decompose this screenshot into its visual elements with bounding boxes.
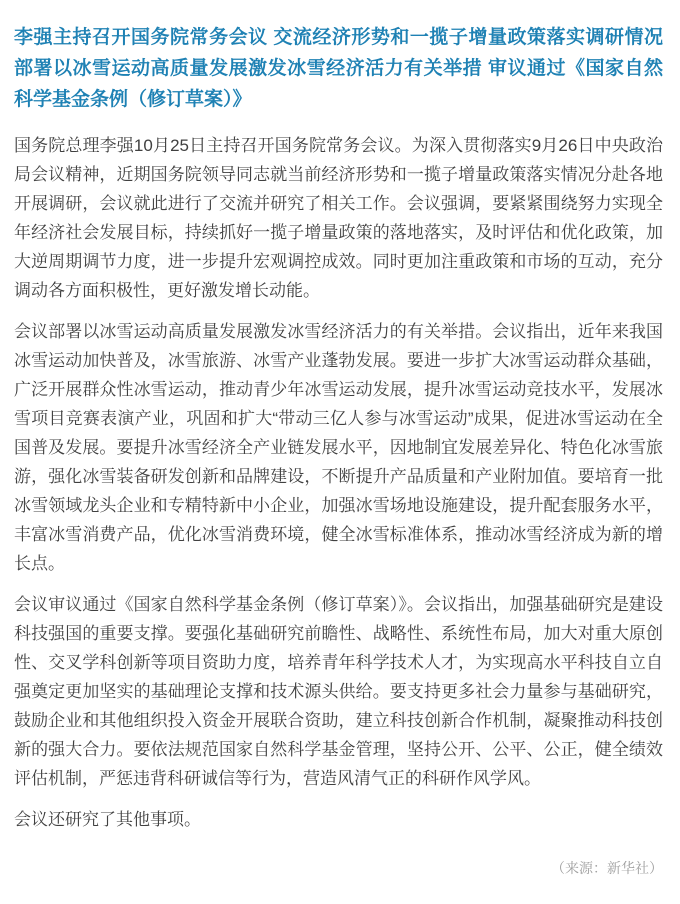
page: { "article": { "title": "李强主持召开国务院常务会议 交… — [0, 0, 680, 904]
article-title: 李强主持召开国务院常务会议 交流经济形势和一揽子增量政策落实调研情况 部署以冰雪… — [14, 22, 663, 115]
paragraph-2: 会议部署以冰雪运动高质量发展激发冰雪经济活力的有关举措。会议指出，近年来我国冰雪… — [14, 317, 663, 578]
article-body: 国务院总理李强10月25日主持召开国务院常务会议。为深入贯彻落实9月26日中央政… — [14, 131, 663, 834]
paragraph-1: 国务院总理李强10月25日主持召开国务院常务会议。为深入贯彻落实9月26日中央政… — [14, 131, 663, 305]
news-article: 李强主持召开国务院常务会议 交流经济形势和一揽子增量政策落实调研情况 部署以冰雪… — [0, 0, 680, 904]
paragraph-3: 会议审议通过《国家自然科学基金条例（修订草案）》。会议指出，加强基础研究是建设科… — [14, 590, 663, 793]
source-attribution: （来源：新华社） — [14, 858, 663, 878]
paragraph-4: 会议还研究了其他事项。 — [14, 805, 663, 834]
